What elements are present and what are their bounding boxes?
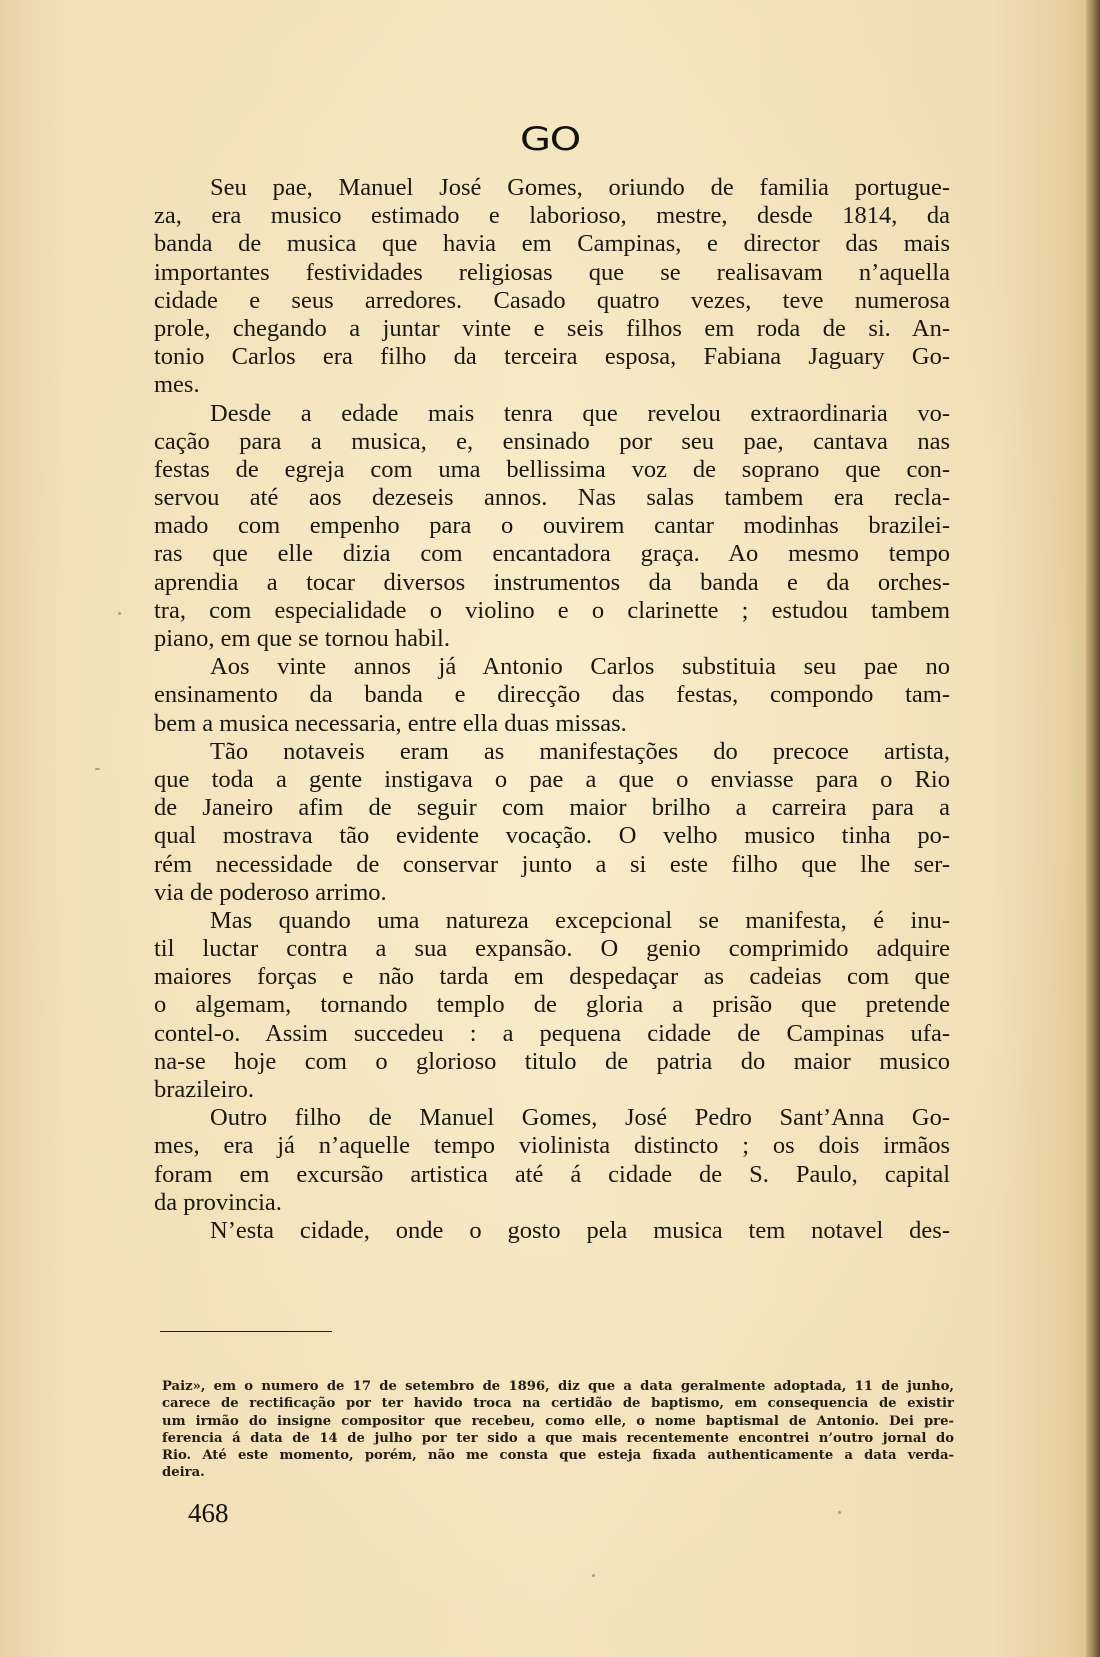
- footnote-line: deira.: [162, 1464, 954, 1481]
- text-line: aprendia a tocar diversos instrumentos d…: [154, 569, 950, 597]
- scanned-book-page: GO Seu pae, Manuel José Gomes, oriundo d…: [0, 0, 1100, 1657]
- text-line: rém necessidade de conservar junto a si …: [154, 851, 950, 879]
- text-line: Seu pae, Manuel José Gomes, oriundo de f…: [154, 174, 950, 202]
- text-line: bem a musica necessaria, entre ella duas…: [154, 710, 950, 738]
- text-line: tonio Carlos era filho da terceira espos…: [154, 343, 950, 371]
- text-line: festas de egreja com uma bellissima voz …: [154, 456, 950, 484]
- book-page-edge: [1086, 0, 1100, 1657]
- text-line: cidade e seus arredores. Casado quatro v…: [154, 287, 950, 315]
- footnote-line: um irmão do insigne compositor que receb…: [162, 1413, 954, 1430]
- footnote-line: ferencia á data de 14 de julho por ter s…: [162, 1430, 954, 1447]
- text-line: maiores forças e não tarda em despedaçar…: [154, 963, 950, 991]
- text-line: mes.: [154, 371, 950, 399]
- text-line: cação para a musica, e, ensinado por seu…: [154, 428, 950, 456]
- text-line: na-se hoje com o glorioso titulo de patr…: [154, 1048, 950, 1076]
- text-line: mes, era já n’aquelle tempo violinista d…: [154, 1132, 950, 1160]
- text-line: ensinamento da banda e direcção das fest…: [154, 681, 950, 709]
- paper-speck: [838, 1511, 841, 1514]
- paper-speck: [118, 612, 121, 615]
- footnote: Paiz», em o numero de 17 de setembro de …: [162, 1378, 954, 1482]
- text-line: de Janeiro afim de seguir com maior bril…: [154, 794, 950, 822]
- text-line: qual mostrava tão evidente vocação. O ve…: [154, 822, 950, 850]
- text-line: banda de musica que havia em Campinas, e…: [154, 230, 950, 258]
- footnote-line: carece de rectificação por ter havido tr…: [162, 1395, 954, 1412]
- text-line: foram em excursão artistica até á cidade…: [154, 1161, 950, 1189]
- text-line: que toda a gente instigava o pae a que o…: [154, 766, 950, 794]
- text-line: N’esta cidade, onde o gosto pela musica …: [154, 1217, 950, 1245]
- text-line: ras que elle dizia com encantadora graça…: [154, 540, 950, 568]
- footnote-divider: [160, 1331, 332, 1332]
- running-head: GO: [0, 120, 1100, 158]
- text-line: Tão notaveis eram as manifestações do pr…: [154, 738, 950, 766]
- body-text: Seu pae, Manuel José Gomes, oriundo de f…: [154, 174, 950, 1245]
- text-line: Desde a edade mais tenra que revelou ext…: [154, 400, 950, 428]
- footnote-line: Rio. Até este momento, porém, não me con…: [162, 1447, 954, 1464]
- text-line: brazileiro.: [154, 1076, 950, 1104]
- text-line: Outro filho de Manuel Gomes, José Pedro …: [154, 1104, 950, 1132]
- footnote-line: Paiz», em o numero de 17 de setembro de …: [162, 1378, 954, 1395]
- text-line: za, era musico estimado e laborioso, mes…: [154, 202, 950, 230]
- text-line: o algemam, tornando templo de gloria a p…: [154, 991, 950, 1019]
- text-line: prole, chegando a juntar vinte e seis fi…: [154, 315, 950, 343]
- text-line: servou até aos dezeseis annos. Nas salas…: [154, 484, 950, 512]
- text-line: importantes festividades religiosas que …: [154, 259, 950, 287]
- page-number: 468: [188, 1498, 229, 1529]
- paper-speck: [95, 768, 100, 770]
- text-line: mado com empenho para o ouvirem cantar m…: [154, 512, 950, 540]
- text-line: via de poderoso arrimo.: [154, 879, 950, 907]
- text-line: da provincia.: [154, 1189, 950, 1217]
- text-line: Aos vinte annos já Antonio Carlos substi…: [154, 653, 950, 681]
- paper-speck: [592, 1574, 595, 1577]
- text-line: Mas quando uma natureza excepcional se m…: [154, 907, 950, 935]
- text-line: contel-o. Assim succedeu : a pequena cid…: [154, 1020, 950, 1048]
- text-line: piano, em que se tornou habil.: [154, 625, 950, 653]
- text-line: til luctar contra a sua expansão. O geni…: [154, 935, 950, 963]
- text-line: tra, com especialidade o violino e o cla…: [154, 597, 950, 625]
